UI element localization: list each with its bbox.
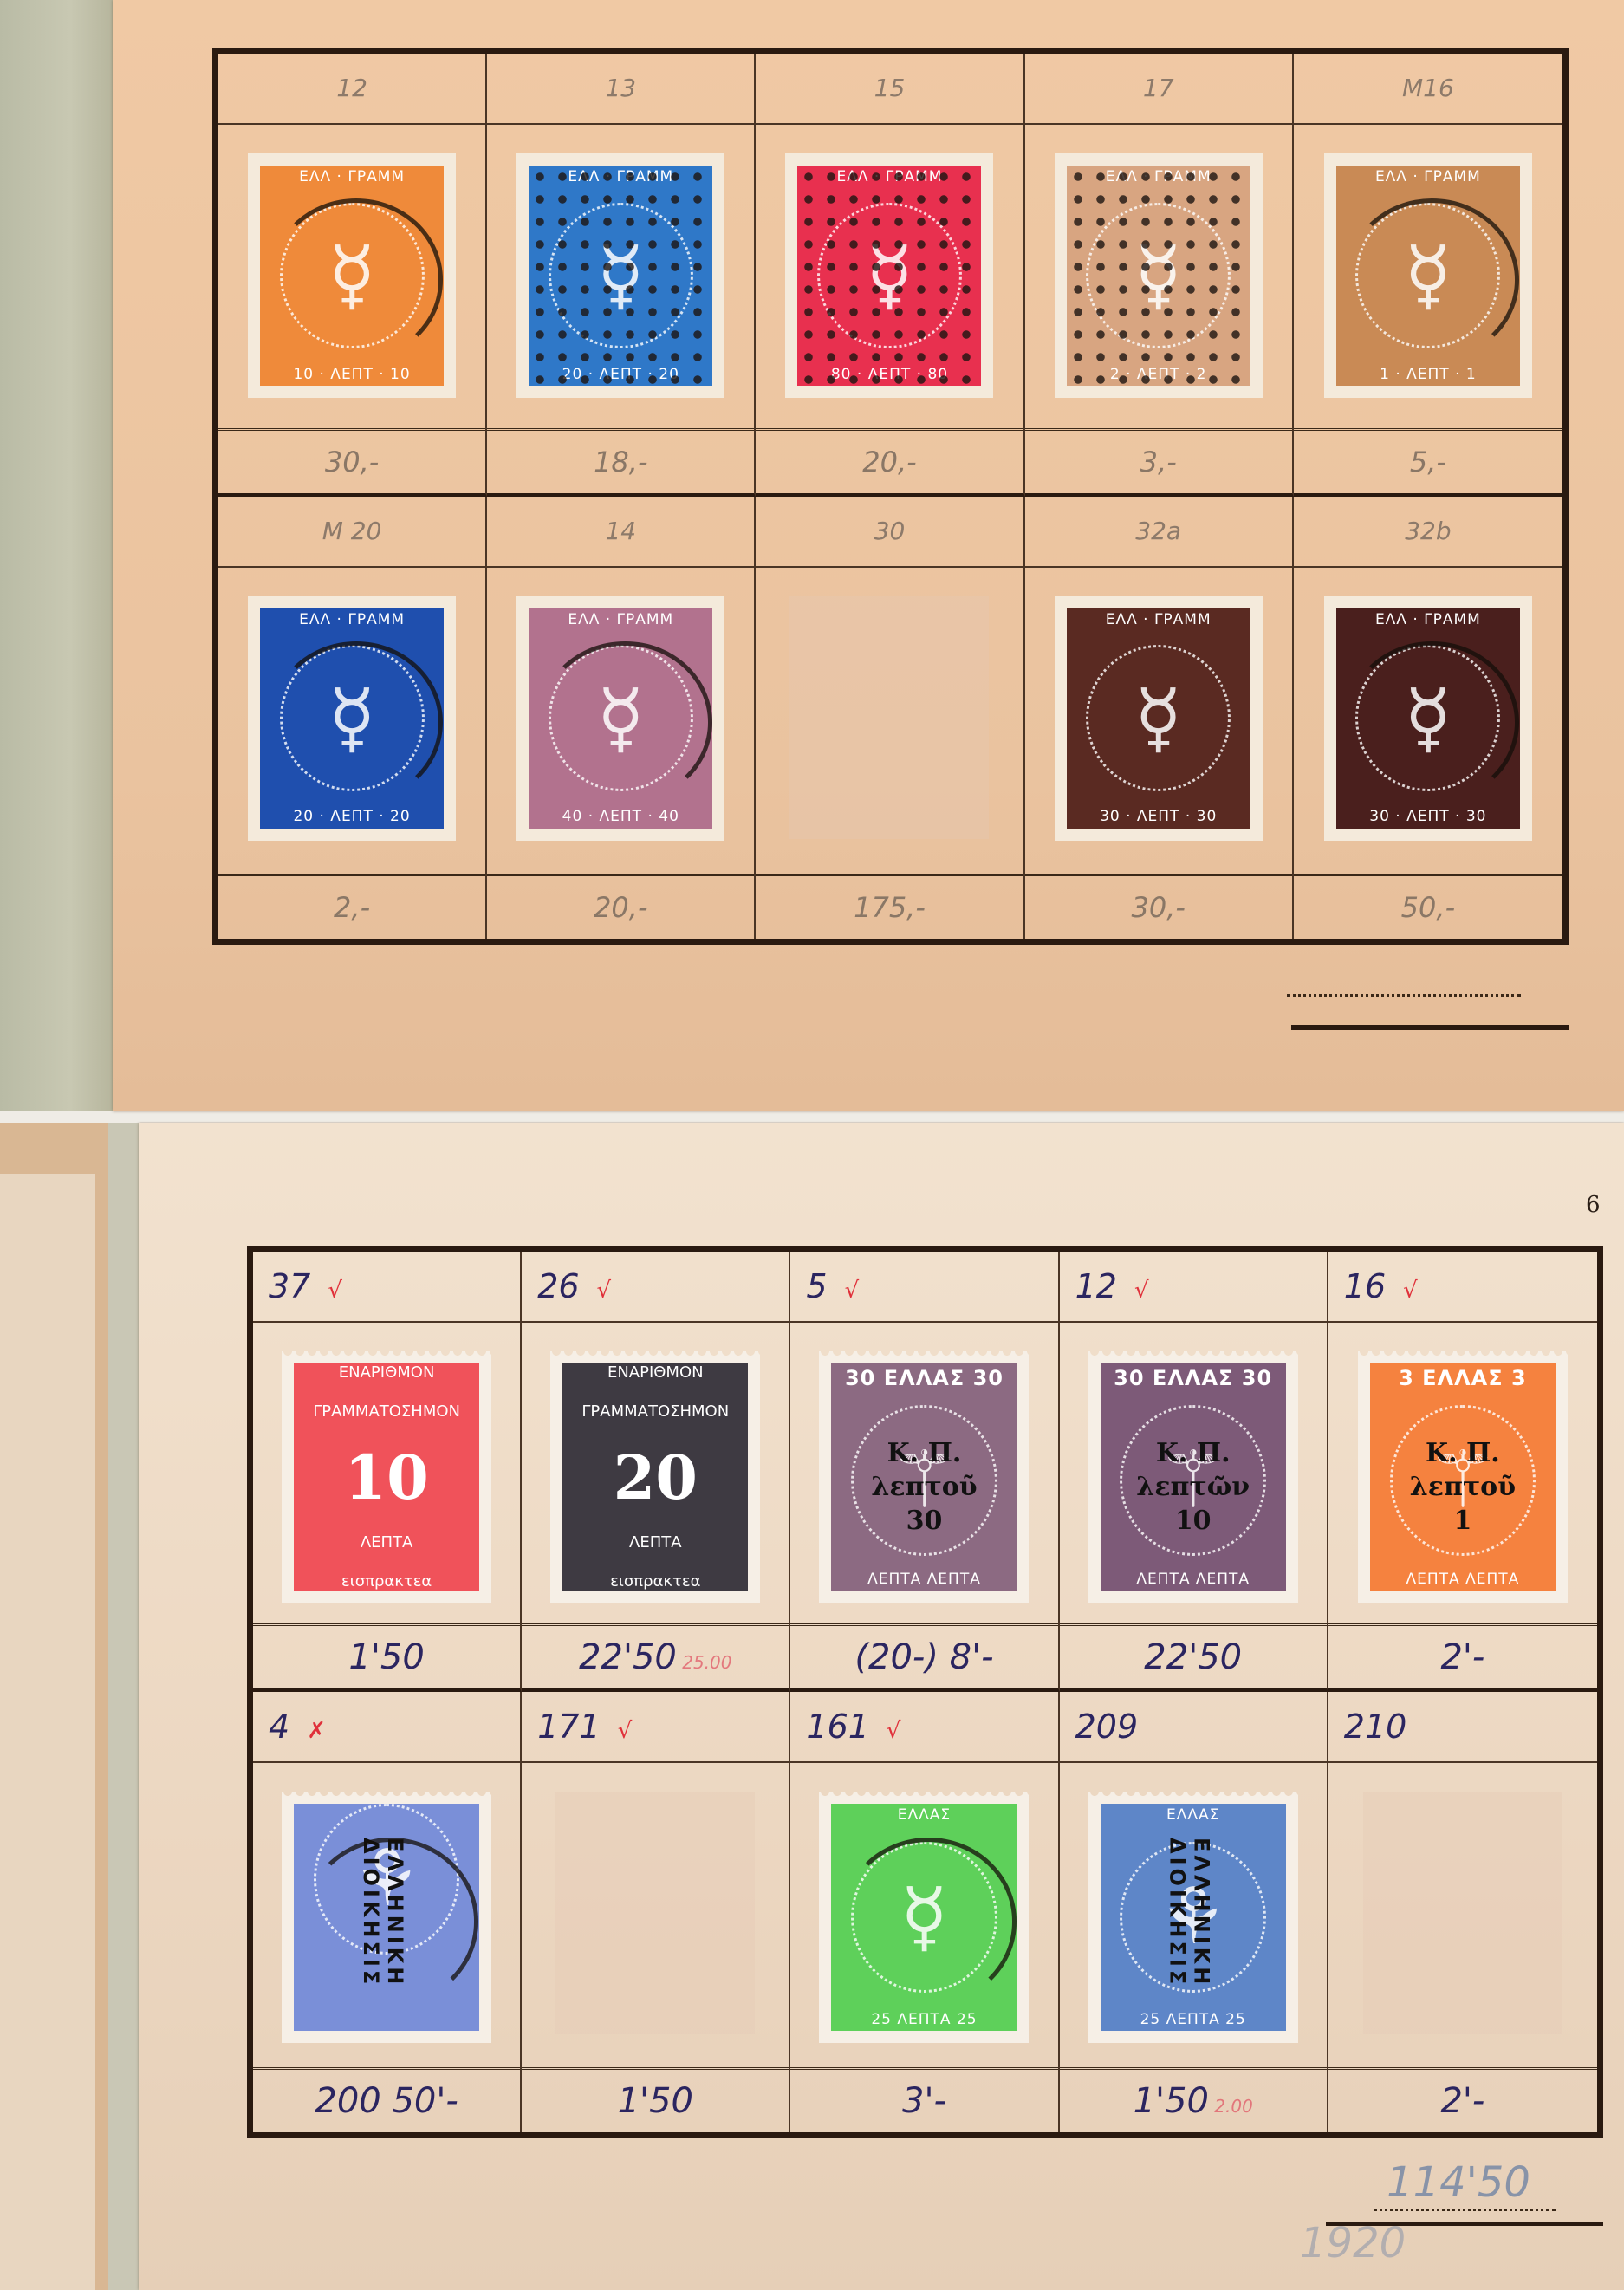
catalog-price: 5,- — [1294, 428, 1562, 493]
total-rule-top — [1291, 1025, 1569, 1030]
overprint-line: Κ. Π. — [831, 1436, 1017, 1470]
catalog-price: (20-) 8'- — [790, 1623, 1057, 1688]
postmark-ring — [538, 641, 712, 804]
postmark-ring — [303, 1838, 479, 2005]
catalog-number: 209 — [1060, 1692, 1327, 1763]
postmark-dots — [529, 166, 712, 386]
stamp-design: ΕΛΛ · ΓΡΑΜΜ☿80 · ΛΕΠΤ · 80 — [797, 166, 981, 386]
catalog-number: 4✗ — [253, 1692, 520, 1763]
catalog-number: 26√ — [522, 1252, 789, 1323]
stamp-value: 10 · ΛΕΠΤ · 10 — [260, 363, 444, 386]
stamp-value: 1 · ΛΕΠΤ · 1 — [1336, 363, 1520, 386]
stamp-design: ΕΛΛ · ΓΡΑΜΜ☿20 · ΛΕΠΤ · 20 — [529, 166, 712, 386]
stamp[interactable]: ΕΛΛ · ΓΡΑΜΜ☿30 · ΛΕΠΤ · 30 — [1324, 596, 1532, 841]
check-mark: √ — [328, 1278, 342, 1304]
catalog-number: 17 — [1025, 54, 1292, 125]
catalog-price: 50,- — [1294, 874, 1562, 939]
stamp-header: ΕΛΛΑΣ — [831, 1804, 1017, 1826]
stamp[interactable]: ΕΛΛΑΣ⚘25 ΛΕΠΤΑ 25ΕΛΛΗΝΙΚΗ ΔΙΟΙΚΗΣΙΣ — [1088, 1792, 1298, 2043]
stamp-header: 30 ΕΛΛΑΣ 30 — [831, 1363, 1017, 1393]
overprint-line: 30 — [831, 1504, 1017, 1538]
postmark-ring — [270, 198, 444, 361]
stamp-slot[interactable]: 37√ΕΝΑΡΙΘΜΟΝΓΡΑΜΜΑΤΟΣΗΜΟΝ10ΛΕΠΤΑεισπρακτ… — [253, 1252, 522, 1692]
catalog-price: 3,- — [1025, 428, 1292, 493]
stamp-slot[interactable]: 17ΕΛΛ · ΓΡΑΜΜ☿2 · ΛΕΠΤ · 23,- — [1025, 54, 1294, 497]
stamp-value: 25 ΛΕΠΤΑ 25 — [831, 2008, 1017, 2031]
stamp-ribbon-top: ΕΝΑΡΙΘΜΟΝ — [339, 1363, 435, 1382]
overprint-line: 10 — [1101, 1504, 1286, 1538]
catalog-price: 30,- — [1025, 874, 1292, 939]
stamp-design: ΕΛΛ · ΓΡΑΜΜ☿30 · ΛΕΠΤ · 30 — [1067, 608, 1250, 829]
postmark-ring — [270, 641, 444, 804]
stamp-slot[interactable]: 2102'- — [1328, 1692, 1597, 2132]
stamp-slot[interactable]: 12ΕΛΛ · ΓΡΑΜΜ☿10 · ΛΕΠΤ · 1030,- — [218, 54, 487, 497]
page-gap — [0, 1111, 1624, 1123]
postmark-ring — [841, 1838, 1017, 2005]
empty-stamp-space — [789, 596, 989, 839]
stamp-footer: ΛΕΠΤΑ ΛΕΠΤΑ — [1101, 1568, 1286, 1591]
stamp[interactable]: ΕΝΑΡΙΘΜΟΝΓΡΑΜΜΑΤΟΣΗΜΟΝ20ΛΕΠΤΑεισπρακτεα — [550, 1351, 760, 1603]
stamp-design: ΕΛΛ · ΓΡΑΜΜ☿20 · ΛΕΠΤ · 20 — [260, 608, 444, 829]
stamp-design: ΕΛΛ · ΓΡΑΜΜ☿2 · ΛΕΠΤ · 2 — [1067, 166, 1250, 386]
catalog-number: 32a — [1025, 497, 1292, 568]
stamp-ribbon-bottom: ΓΡΑΜΜΑΤΟΣΗΜΟΝ — [313, 1402, 460, 1421]
stamp-value: 30 · ΛΕΠΤ · 30 — [1067, 805, 1250, 828]
catalog-price: 2'- — [1328, 1623, 1597, 1688]
stamp-slot[interactable]: 4✗⚘ΕΛΛΗΝΙΚΗ ΔΙΟΙΚΗΣΙΣ200 50'- — [253, 1692, 522, 2132]
catalog-number: 14 — [487, 497, 754, 568]
stamp-slot[interactable]: M16ΕΛΛ · ΓΡΑΜΜ☿1 · ΛΕΠΤ · 15,- — [1294, 54, 1562, 497]
catalog-number: M16 — [1294, 54, 1562, 125]
overprint-line: Κ. Π. — [1101, 1436, 1286, 1470]
check-mark: √ — [1134, 1278, 1149, 1304]
stamp-slot[interactable]: 209ΕΛΛΑΣ⚘25 ΛΕΠΤΑ 25ΕΛΛΗΝΙΚΗ ΔΙΟΙΚΗΣΙΣ1'… — [1060, 1692, 1328, 2132]
total-dotted-line-top — [1287, 994, 1521, 997]
stamp-header: 3 ΕΛΛΑΣ 3 — [1370, 1363, 1556, 1393]
stamp-slot[interactable]: 15ΕΛΛ · ΓΡΑΜΜ☿80 · ΛΕΠΤ · 8020,- — [756, 54, 1024, 497]
postmark-ring — [1345, 198, 1519, 361]
catalog-price: 175,- — [756, 874, 1023, 939]
stamp[interactable]: 30 ΕΛΛΑΣ 30⚚ΛΕΠΤΑ ΛΕΠΤΑΚ. Π.λεπτῶν10 — [1088, 1351, 1298, 1603]
catalog-number: 210 — [1328, 1692, 1597, 1763]
catalog-number: 161√ — [790, 1692, 1057, 1763]
stamp-design: ΕΛΛ · ΓΡΑΜΜ☿40 · ΛΕΠΤ · 40 — [529, 608, 712, 829]
catalog-price: 1'50 — [522, 2067, 789, 2132]
stamp-header: ΕΛΛ · ΓΡΑΜΜ — [1336, 166, 1520, 188]
check-mark: √ — [845, 1278, 860, 1304]
catalog-price: 1'50 — [253, 1623, 520, 1688]
stamp-overprint: ΕΛΛΗΝΙΚΗ ΔΙΟΙΚΗΣΙΣ — [1166, 1838, 1214, 1996]
stamp-overprint: Κ. Π.λεπτῶν10 — [1101, 1436, 1286, 1538]
stamp-numeral: 20 — [614, 1441, 698, 1513]
catalog-number: 30 — [756, 497, 1023, 568]
stamp-design: ΕΛΛΑΣ⚘25 ΛΕΠΤΑ 25ΕΛΛΗΝΙΚΗ ΔΙΟΙΚΗΣΙΣ — [1101, 1804, 1286, 2031]
stamp-slot[interactable]: M 20ΕΛΛ · ΓΡΑΜΜ☿20 · ΛΕΠΤ · 202,- — [218, 497, 487, 940]
stamp-design: ΕΛΛ · ΓΡΑΜΜ☿1 · ΛΕΠΤ · 1 — [1336, 166, 1520, 386]
stamp-grid-top: 12ΕΛΛ · ΓΡΑΜΜ☿10 · ΛΕΠΤ · 1030,-13ΕΛΛ · … — [212, 48, 1569, 945]
stamp-overprint: Κ. Π.λεπτοῦ1 — [1370, 1436, 1556, 1538]
catalog-number: 12√ — [1060, 1252, 1327, 1323]
catalog-price: 30,- — [218, 428, 485, 493]
stamp-header: ΕΛΛ · ΓΡΑΜΜ — [260, 166, 444, 188]
stamp-subtext: εισπρακτεα — [341, 1572, 432, 1591]
stamp-design: 30 ΕΛΛΑΣ 30⚚ΛΕΠΤΑ ΛΕΠΤΑΚ. Π.λεπτοῦ30 — [831, 1363, 1017, 1591]
catalog-number: 15 — [756, 54, 1023, 125]
album-cover-left — [0, 0, 117, 1114]
stamp-header: ΕΛΛ · ΓΡΑΜΜ — [260, 608, 444, 631]
stamp[interactable]: ⚘ΕΛΛΗΝΙΚΗ ΔΙΟΙΚΗΣΙΣ — [282, 1792, 491, 2043]
stamp-value: ΛΕΠΤΑ — [361, 1533, 413, 1552]
overprint-line: λεπτοῦ — [1370, 1470, 1556, 1504]
stamp[interactable]: ΕΝΑΡΙΘΜΟΝΓΡΑΜΜΑΤΟΣΗΜΟΝ10ΛΕΠΤΑεισπρακτεα — [282, 1351, 491, 1603]
stamp[interactable]: 3 ΕΛΛΑΣ 3⚚ΛΕΠΤΑ ΛΕΠΤΑΚ. Π.λεπτοῦ1 — [1358, 1351, 1568, 1603]
stamp-slot[interactable]: 171√1'50 — [522, 1692, 790, 2132]
album-backing-left — [0, 1122, 108, 2290]
stamp-header: ΕΛΛ · ΓΡΑΜΜ — [529, 608, 712, 631]
catalog-number: 16√ — [1328, 1252, 1597, 1323]
stamp-design: ΕΝΑΡΙΘΜΟΝΓΡΑΜΜΑΤΟΣΗΜΟΝ20ΛΕΠΤΑεισπρακτεα — [562, 1363, 748, 1591]
empty-stamp-space — [555, 1792, 755, 2034]
price-note: 25.00 — [677, 1652, 732, 1673]
price-note: 2.00 — [1209, 2096, 1253, 2117]
stamp-slot[interactable]: 30175,- — [756, 497, 1024, 940]
stamp[interactable]: ΕΛΛ · ΓΡΑΜΜ☿1 · ΛΕΠΤ · 1 — [1324, 153, 1532, 398]
catalog-price: 2'- — [1328, 2067, 1597, 2132]
check-mark: ✗ — [307, 1718, 326, 1744]
check-mark: √ — [1403, 1278, 1418, 1304]
stamp[interactable]: 30 ΕΛΛΑΣ 30⚚ΛΕΠΤΑ ΛΕΠΤΑΚ. Π.λεπτοῦ30 — [819, 1351, 1029, 1603]
stamp-numeral: 10 — [344, 1441, 428, 1513]
stamp-footer: ΛΕΠΤΑ ΛΕΠΤΑ — [831, 1568, 1017, 1591]
overprint-line: Κ. Π. — [1370, 1436, 1556, 1470]
stamp-subtext: εισπρακτεα — [610, 1572, 700, 1591]
catalog-price: 18,- — [487, 428, 754, 493]
stamp-ribbon-bottom: ΓΡΑΜΜΑΤΟΣΗΜΟΝ — [581, 1402, 729, 1421]
stamp-value: 25 ΛΕΠΤΑ 25 — [1101, 2008, 1286, 2031]
empty-stamp-space — [1363, 1792, 1562, 2034]
stamp-overprint: Κ. Π.λεπτοῦ30 — [831, 1436, 1017, 1538]
catalog-price: 20,- — [487, 874, 754, 939]
stamp-slot[interactable]: 32aΕΛΛ · ΓΡΑΜΜ☿30 · ΛΕΠΤ · 3030,- — [1025, 497, 1294, 940]
stamp-design: 30 ΕΛΛΑΣ 30⚚ΛΕΠΤΑ ΛΕΠΤΑΚ. Π.λεπτῶν10 — [1101, 1363, 1286, 1591]
stamp[interactable]: ΕΛΛ · ΓΡΑΜΜ☿80 · ΛΕΠΤ · 80 — [785, 153, 993, 398]
stamp-ribbon-top: ΕΝΑΡΙΘΜΟΝ — [607, 1363, 704, 1382]
stamp-header: ΕΛΛ · ΓΡΑΜΜ — [1067, 608, 1250, 631]
page-number: 6 — [1586, 1192, 1601, 1218]
stamp[interactable]: ΕΛΛ · ΓΡΑΜΜ☿20 · ΛΕΠΤ · 20 — [248, 596, 456, 841]
stamp-design: ΕΝΑΡΙΘΜΟΝΓΡΑΜΜΑΤΟΣΗΜΟΝ10ΛΕΠΤΑεισπρακτεα — [294, 1363, 479, 1591]
stamp-value: 30 · ΛΕΠΤ · 30 — [1336, 805, 1520, 828]
stamp[interactable]: ΕΛΛ · ΓΡΑΜΜ☿2 · ΛΕΠΤ · 2 — [1055, 153, 1263, 398]
stamp-slot[interactable]: 161√ΕΛΛΑΣ☿25 ΛΕΠΤΑ 253'- — [790, 1692, 1059, 2132]
overprint-line: 1 — [1370, 1504, 1556, 1538]
catalog-price: 20,- — [756, 428, 1023, 493]
stamp-design: 3 ΕΛΛΑΣ 3⚚ΛΕΠΤΑ ΛΕΠΤΑΚ. Π.λεπτοῦ1 — [1370, 1363, 1556, 1591]
stamp-design: ΕΛΛ · ΓΡΑΜΜ☿10 · ΛΕΠΤ · 10 — [260, 166, 444, 386]
overprint-line: λεπτῶν — [1101, 1470, 1286, 1504]
stamp-header: 30 ΕΛΛΑΣ 30 — [1101, 1363, 1286, 1393]
stamp-slot[interactable]: 32bΕΛΛ · ΓΡΑΜΜ☿30 · ΛΕΠΤ · 3050,- — [1294, 497, 1562, 940]
check-mark: √ — [618, 1718, 633, 1744]
stamp-header: ΕΛΛ · ΓΡΑΜΜ — [1336, 608, 1520, 631]
stamp-slot[interactable]: 26√ΕΝΑΡΙΘΜΟΝΓΡΑΜΜΑΤΟΣΗΜΟΝ20ΛΕΠΤΑεισπρακτ… — [522, 1252, 790, 1692]
catalog-price: 22'50 25.00 — [522, 1623, 789, 1688]
postmark-dots — [1067, 166, 1250, 386]
stamp-value: 40 · ΛΕΠΤ · 40 — [529, 805, 712, 828]
stamp-design: ⚘ΕΛΛΗΝΙΚΗ ΔΙΟΙΚΗΣΙΣ — [294, 1804, 479, 2031]
catalog-number: 5√ — [790, 1252, 1057, 1323]
stamp-design: ΕΛΛ · ΓΡΑΜΜ☿30 · ΛΕΠΤ · 30 — [1336, 608, 1520, 829]
stamp-slot[interactable]: 12√30 ΕΛΛΑΣ 30⚚ΛΕΠΤΑ ΛΕΠΤΑΚ. Π.λεπτῶν102… — [1060, 1252, 1328, 1692]
catalog-number: M 20 — [218, 497, 485, 568]
check-mark: √ — [887, 1718, 901, 1744]
page-total: 114'50 — [1387, 2158, 1530, 2207]
stamp[interactable]: ΕΛΛ · ΓΡΑΜΜ☿40 · ΛΕΠΤ · 40 — [516, 596, 724, 841]
catalog-price: 2,- — [218, 874, 485, 939]
stamp-slot[interactable]: 14ΕΛΛ · ΓΡΑΜΜ☿40 · ΛΕΠΤ · 4020,- — [487, 497, 756, 940]
stamp-value: 20 · ΛΕΠΤ · 20 — [260, 805, 444, 828]
stamp-grid-bottom: 37√ΕΝΑΡΙΘΜΟΝΓΡΑΜΜΑΤΟΣΗΜΟΝ10ΛΕΠΤΑεισπρακτ… — [247, 1246, 1603, 2138]
total-dotted-line-bottom — [1374, 2209, 1556, 2211]
catalog-number: 171√ — [522, 1692, 789, 1763]
stamp[interactable]: ΕΛΛΑΣ☿25 ΛΕΠΤΑ 25 — [819, 1792, 1029, 2043]
stamp[interactable]: ΕΛΛ · ΓΡΑΜΜ☿10 · ΛΕΠΤ · 10 — [248, 153, 456, 398]
catalog-number: 12 — [218, 54, 485, 125]
stamp[interactable]: ΕΛΛ · ΓΡΑΜΜ☿30 · ΛΕΠΤ · 30 — [1055, 596, 1263, 841]
catalog-number: 37√ — [253, 1252, 520, 1323]
postmark-ring — [1345, 641, 1519, 804]
catalog-price: 22'50 — [1060, 1623, 1327, 1688]
stamp-value: ΛΕΠΤΑ — [629, 1533, 682, 1552]
check-mark: √ — [597, 1278, 612, 1304]
stamp-header: ΕΛΛΑΣ — [1101, 1804, 1286, 1826]
stamp-slot[interactable]: 5√30 ΕΛΛΑΣ 30⚚ΛΕΠΤΑ ΛΕΠΤΑΚ. Π.λεπτοῦ30(2… — [790, 1252, 1059, 1692]
stamp-slot[interactable]: 13ΕΛΛ · ΓΡΑΜΜ☿20 · ΛΕΠΤ · 2018,- — [487, 54, 756, 497]
stamp-slot[interactable]: 16√3 ΕΛΛΑΣ 3⚚ΛΕΠΤΑ ΛΕΠΤΑΚ. Π.λεπτοῦ12'- — [1328, 1252, 1597, 1692]
stamp-footer: ΛΕΠΤΑ ΛΕΠΤΑ — [1370, 1568, 1556, 1591]
catalog-price: 1'50 2.00 — [1060, 2067, 1327, 2132]
catalog-number: 13 — [487, 54, 754, 125]
catalog-price: 3'- — [790, 2067, 1057, 2132]
stamp[interactable]: ΕΛΛ · ΓΡΑΜΜ☿20 · ΛΕΠΤ · 20 — [516, 153, 724, 398]
stamp-design: ΕΛΛΑΣ☿25 ΛΕΠΤΑ 25 — [831, 1804, 1017, 2031]
catalog-number: 32b — [1294, 497, 1562, 568]
postmark-dots — [797, 166, 981, 386]
overprint-line: λεπτοῦ — [831, 1470, 1017, 1504]
catalog-price: 200 50'- — [253, 2067, 520, 2132]
year-note: 1920 — [1300, 2219, 1406, 2267]
hermes-head-icon: ☿ — [1086, 645, 1231, 791]
